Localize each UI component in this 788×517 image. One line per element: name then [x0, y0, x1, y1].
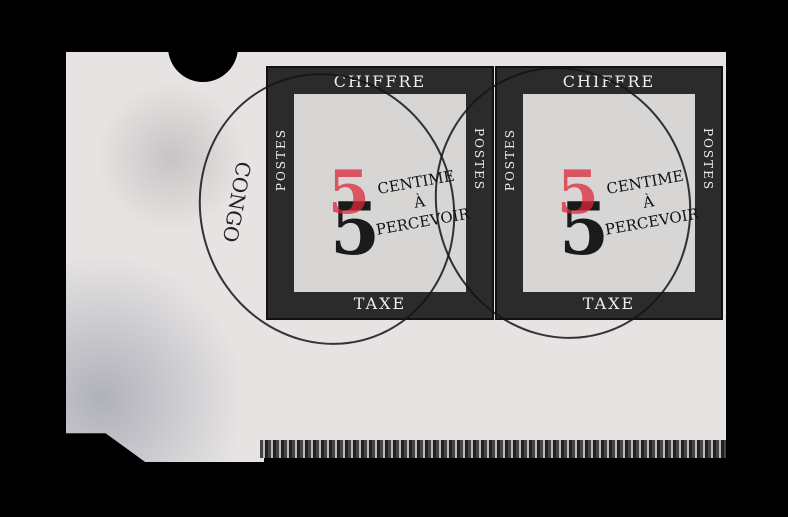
- stamp-side-label: POSTES: [701, 128, 715, 191]
- stamp-photo: CHIFFRE POSTES POSTES 5 CENTIME À PERCEV…: [0, 0, 788, 517]
- paper-edge-strip: [260, 440, 726, 458]
